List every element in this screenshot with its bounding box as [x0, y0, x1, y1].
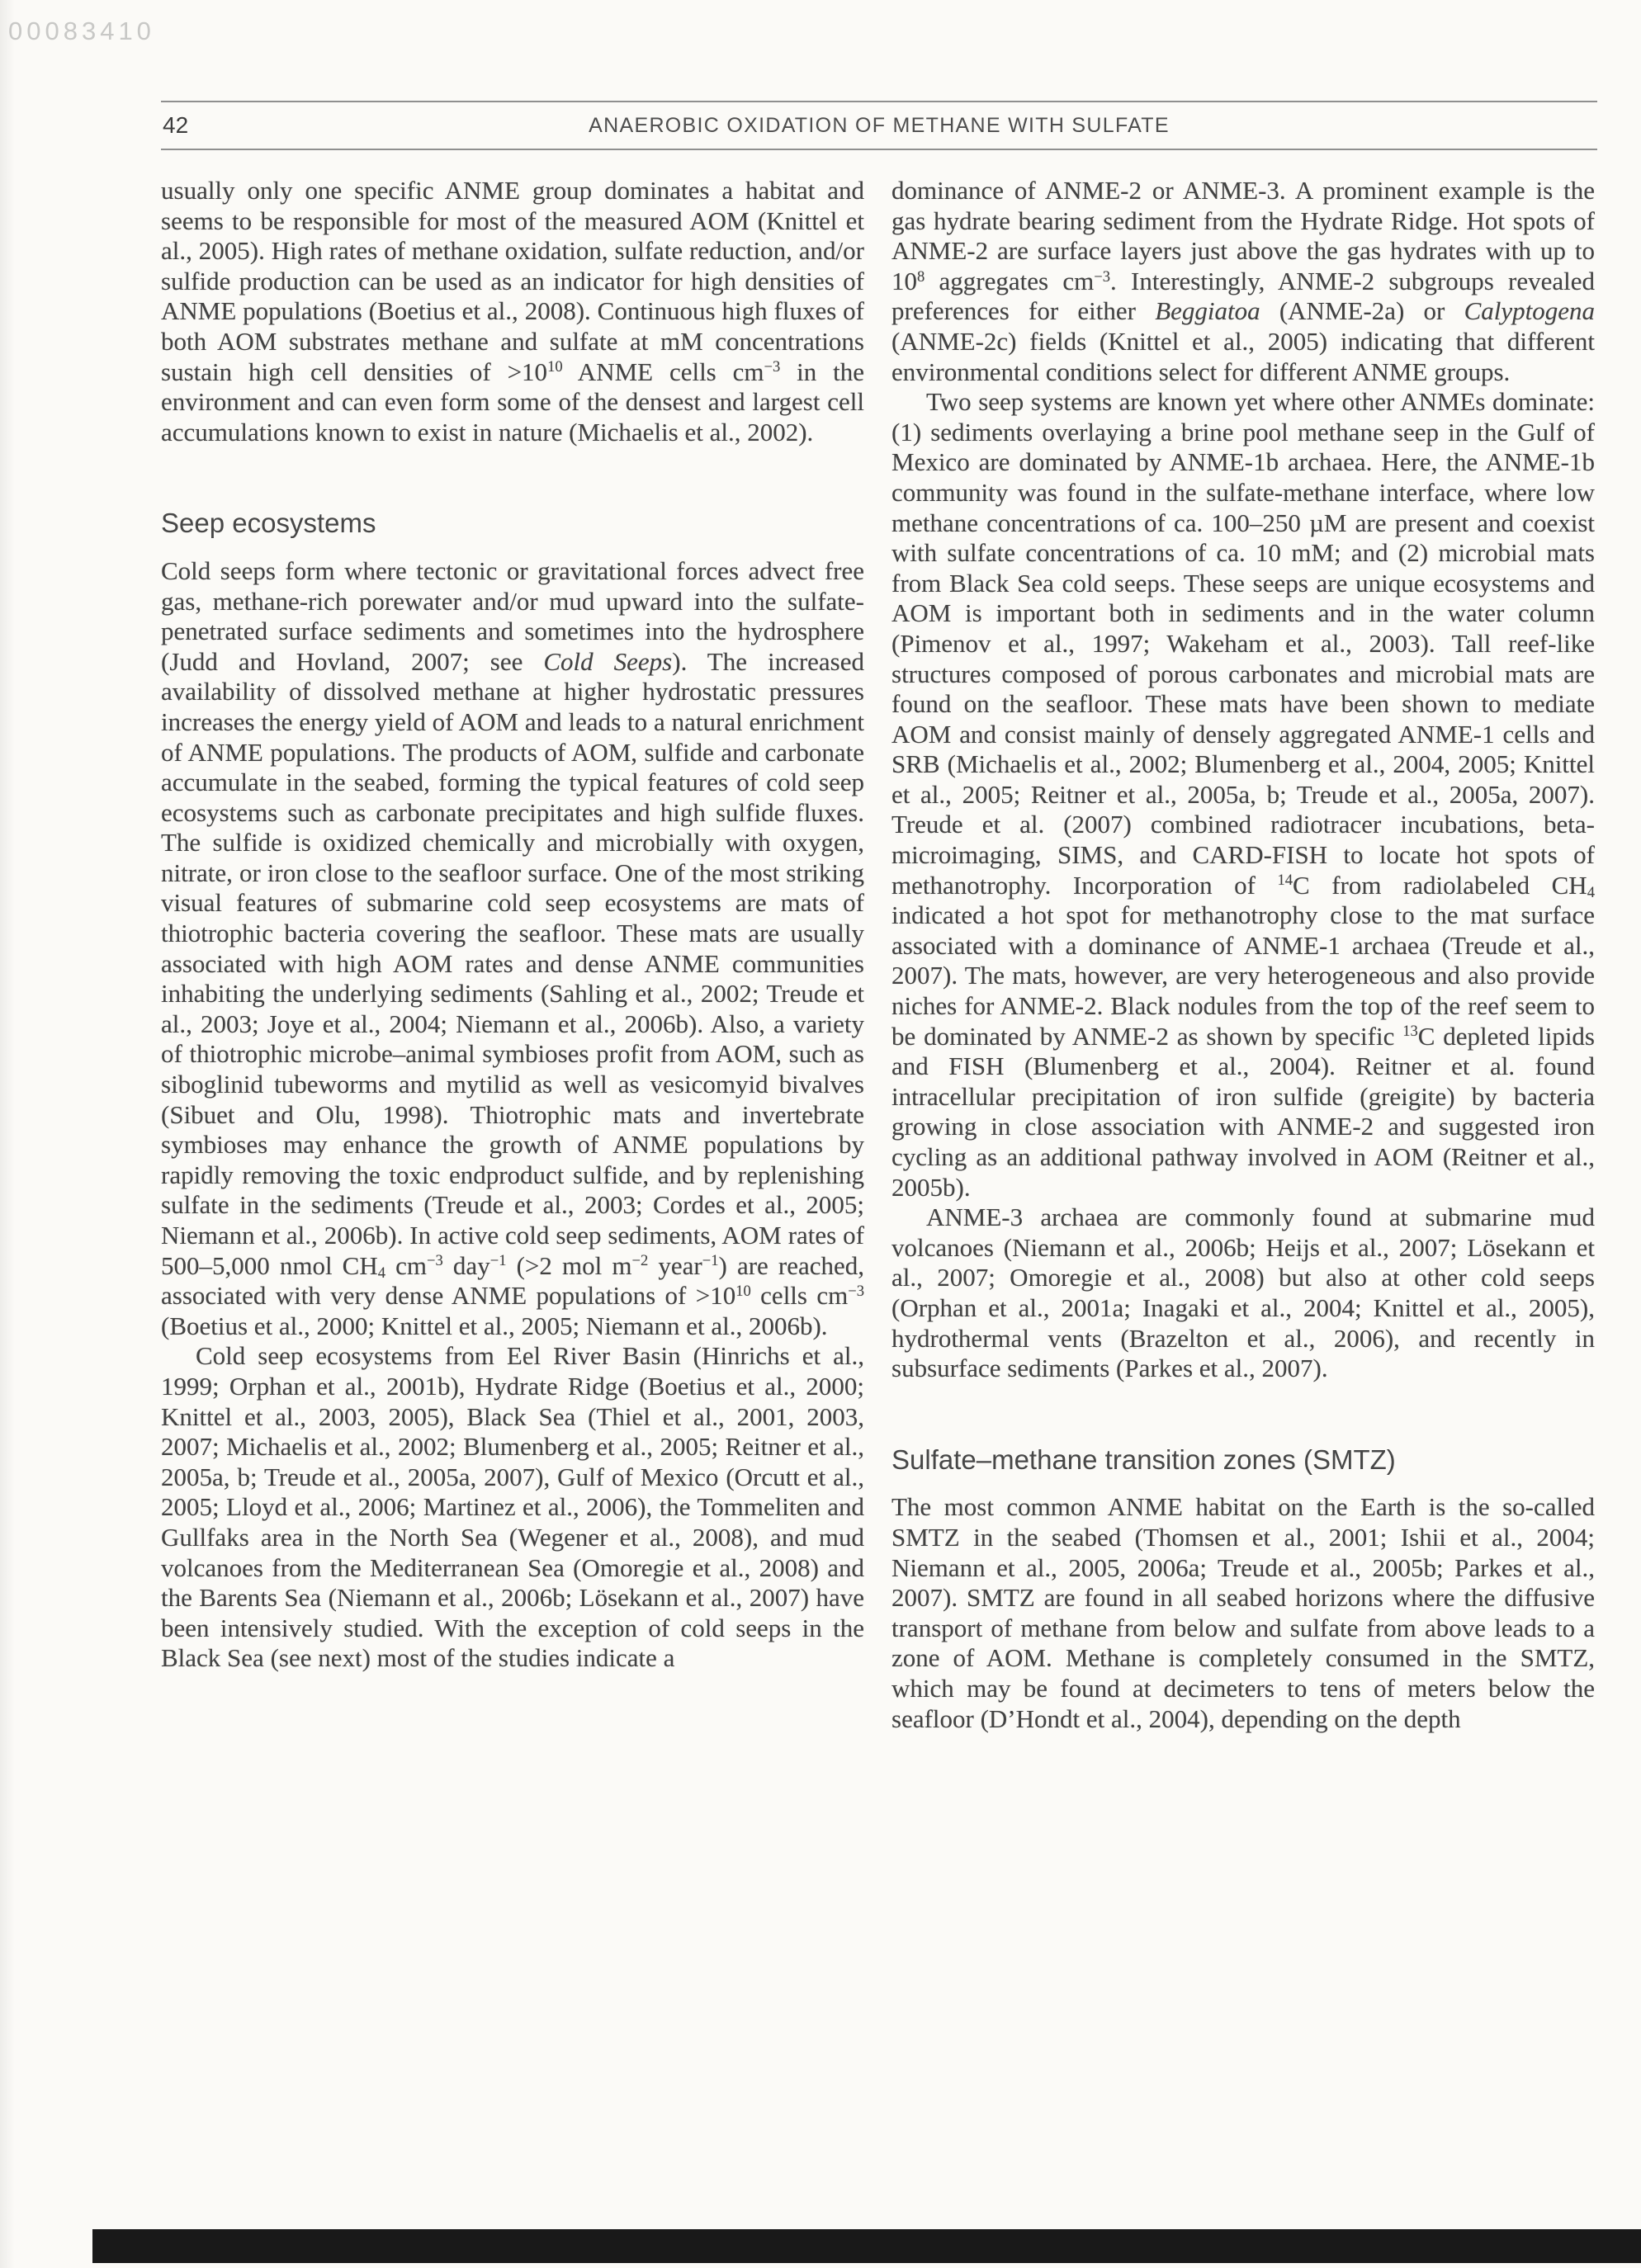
- paragraph: The most common ANME habitat on the Eart…: [891, 1492, 1595, 1734]
- paragraph: dominance of ANME-2 or ANME-3. A promine…: [891, 176, 1595, 387]
- page-number: 42: [163, 112, 188, 139]
- paragraph: Cold seep ecosystems from Eel River Basi…: [161, 1341, 864, 1674]
- paragraph: Two seep systems are known yet where oth…: [891, 387, 1595, 1203]
- scan-artifact-bar: [92, 2229, 1641, 2263]
- scanned-book-page: 00083410 42 ANAEROBIC OXIDATION OF METHA…: [0, 0, 1641, 2268]
- paragraph: ANME-3 archaea are commonly found at sub…: [891, 1203, 1595, 1384]
- paragraph: Cold seeps form where tectonic or gravit…: [161, 556, 864, 1341]
- section-heading: Seep ecosystems: [161, 507, 864, 540]
- scan-edge-shadow: [0, 0, 15, 2268]
- text-column-left: usually only one specific ANME group dom…: [161, 176, 864, 1674]
- section-heading: Sulfate–methane transition zones (SMTZ): [891, 1443, 1595, 1477]
- running-title: ANAEROBIC OXIDATION OF METHANE WITH SULF…: [589, 114, 1170, 138]
- paragraph: usually only one specific ANME group dom…: [161, 176, 864, 447]
- scan-watermark-number: 00083410: [8, 17, 155, 46]
- running-header: 42 ANAEROBIC OXIDATION OF METHANE WITH S…: [161, 101, 1597, 150]
- text-column-right: dominance of ANME-2 or ANME-3. A promine…: [891, 176, 1595, 1734]
